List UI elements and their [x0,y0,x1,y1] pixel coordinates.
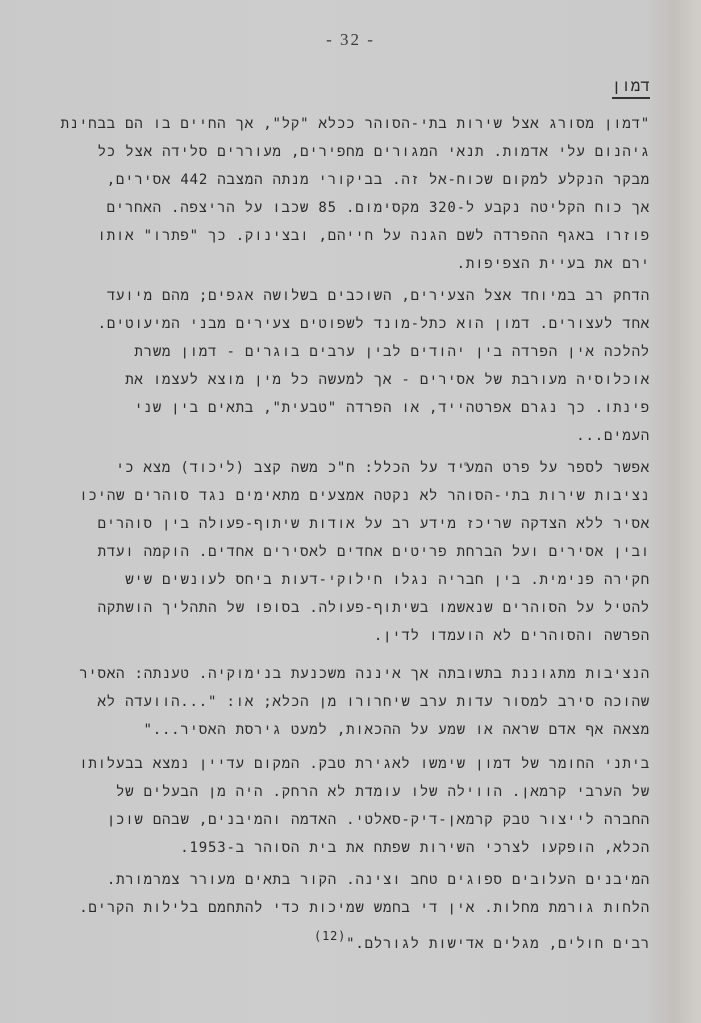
text-line: להטיל על הסוהרים שנאשמו בשיתוף-פעולה. בס… [79,594,650,622]
text-line: ביתני החומר של דמון שימשו לאגירת טבק. המ… [79,750,650,778]
text-line: המיבנים העלובים ספוגים טחב וצינה. הקור ב… [79,866,650,894]
text-line: נציבות שירות בתי-הסוהר לא נקטה אמצעים מת… [79,482,650,510]
text-line: אך כוח הקליטה נקבע ל-320 מקסימום. 85 שכב… [61,194,650,222]
paragraph-5: ביתני החומר של דמון שימשו לאגירת טבק. המ… [79,750,650,862]
text-line: מצאה אף אדם שראה או שמע על ההכאות, למעט … [79,716,650,744]
footnote-reference: (12) [314,929,346,943]
text-line: אפשר לספר על פרט המעיד על הכלל: ח"כ משה … [79,454,650,482]
text-line: פוזרו באגף ההפרדה לשם הגנה על חייהם, ובצ… [61,222,650,250]
paragraph-3: אפשר לספר על פרט המעיד על הכלל: ח"כ משה … [79,454,650,650]
text-line: להלכה אין הפרדה בין יהודים לבין ערבים בו… [98,338,650,366]
text-line: אחד לעצורים. דמון הוא כתל-מונד לשפוטים צ… [98,310,650,338]
paragraph-6: המיבנים העלובים ספוגים טחב וצינה. הקור ב… [79,866,650,958]
text-line: של הערבי קרמאן. הווילה שלו עומדת לא הרחק… [79,778,650,806]
text-line-last: רבים חולים, מגלים אדישות לגורלם."(12) [79,922,650,958]
text-line: הפרשה והסוהרים לא הועמדו לדין. [79,622,650,650]
text-line: ירם את בעיית הצפיפות. [61,250,650,278]
text-line: מבקר הנקלע למקום שכוח-אל זה. בביקורי מנת… [61,166,650,194]
text-line: גיהנום עלי אדמות. תנאי המגורים מחפירים, … [61,138,650,166]
text-line: הכלא, הופקעו לצרכי השירות שפתח את בית הס… [79,834,650,862]
paragraph-2: הדחק רב במיוחד אצל הצעירים, השוכבים בשלו… [98,282,650,450]
text-line: אוכלוסיה מעורבת של אסירים - אך למעשה כל … [98,366,650,394]
text-line: חקירה פנימית. בין חבריה נגלו חילוקי-דעות… [79,566,650,594]
text-line: "דמון מסורג אצל שירות בתי-הסוהר ככלא "קל… [61,110,650,138]
paragraph-4: הנציבות מתגוננת בתשובתה אך איננה משכנעת … [79,660,650,744]
text-line: החברה לייצור טבק קרמאן-דיק-סאלטי. האדמה … [79,806,650,834]
text-line: הנציבות מתגוננת בתשובתה אך איננה משכנעת … [79,660,650,688]
text-line: שהוכה סירב למסור עדות ערב שיחרורו מן הכל… [79,688,650,716]
text-line: רבים חולים, מגלים אדישות לגורלם." [346,936,650,952]
text-line: הדחק רב במיוחד אצל הצעירים, השוכבים בשלו… [98,282,650,310]
text-line: ובין אסירים ועל הברחת פריטים אחדים לאסיר… [79,538,650,566]
text-line: הלחות גורמת מחלות. אין די בחמש שמיכות כד… [79,894,650,922]
text-line: פינתו. כך נגרם אפרטהייד, או הפרדה "טבעית… [98,394,650,422]
section-heading: דמון [612,76,650,99]
text-line: העמים... [98,422,650,450]
paragraph-1: "דמון מסורג אצל שירות בתי-הסוהר ככלא "קל… [61,110,650,278]
text-line: אסיר ללא הצדקה שריכז מידע רב על אודות שי… [79,510,650,538]
page-number: - 32 - [0,30,701,50]
